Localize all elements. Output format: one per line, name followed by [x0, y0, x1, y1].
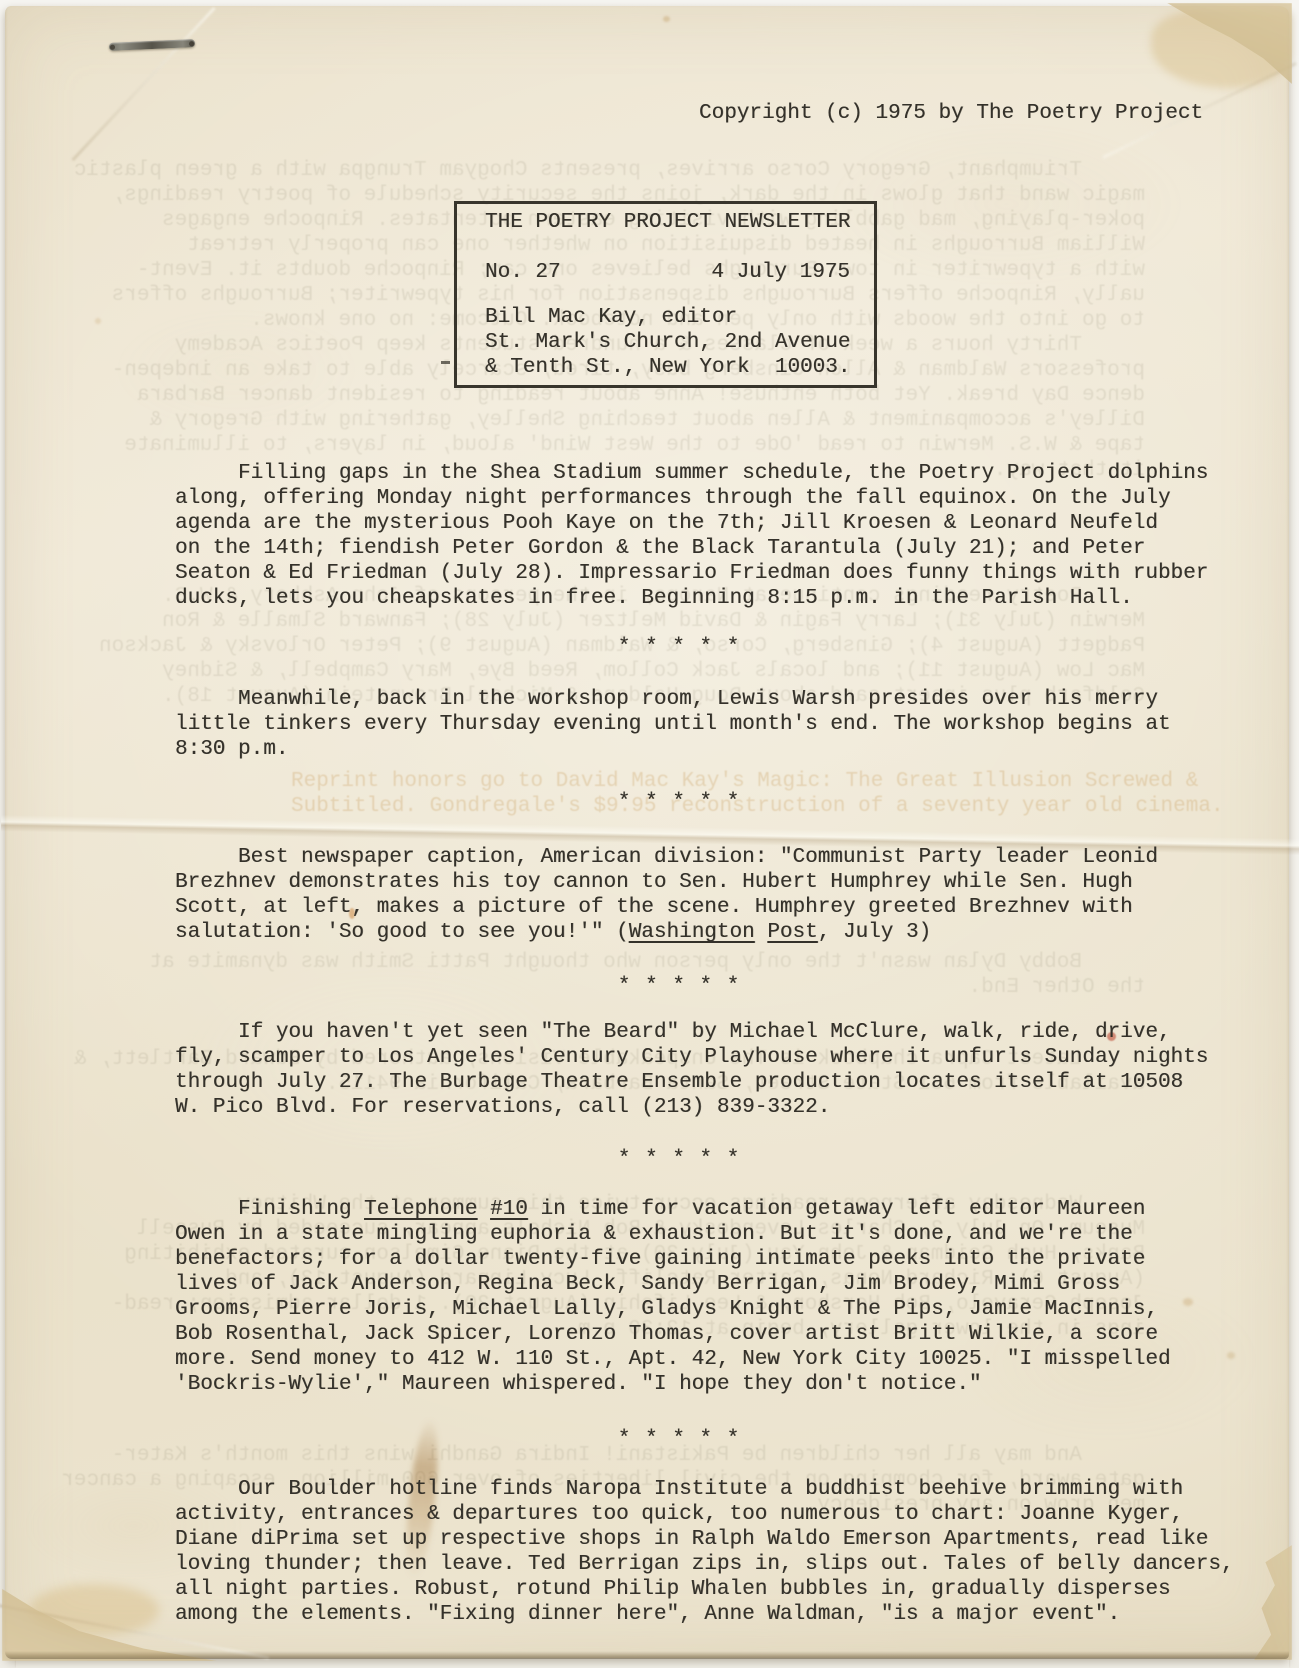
body-paragraph-2: Meanwhile, back in the workshop room, Le…	[175, 687, 1265, 762]
body-paragraph-1: Filling gaps in the Shea Stadium summer …	[175, 461, 1265, 611]
text-line: activity, entrances & departures too qui…	[175, 1502, 1265, 1527]
editor-line: Bill Mac Kay, editor	[485, 305, 874, 330]
text-line: If you haven't yet seen "The Beard" by M…	[175, 1020, 1265, 1045]
text-line: Finishing Telephone #10 in time for vaca…	[175, 1197, 1265, 1222]
newsletter-title: THE POETRY PROJECT NEWSLETTER	[485, 210, 874, 235]
issue-row: No. 27 4 July 1975	[485, 260, 850, 285]
fold-crease	[72, 7, 216, 161]
staple	[109, 39, 195, 51]
section-separator: * * * * *	[175, 974, 1183, 999]
text-line: Diane diPrima set up respective shops in…	[175, 1527, 1265, 1552]
text-line: 8:30 p.m.	[175, 737, 1265, 762]
issue-number: No. 27	[485, 260, 561, 285]
text-line: tape & W.S. Merwin to read 'Ode to the W…	[135, 433, 1145, 458]
text-line: Grooms, Pierre Joris, Michael Lally, Gla…	[175, 1297, 1265, 1322]
text-line: Merwin (July 31); Larry Fagin & David Me…	[135, 609, 1145, 634]
text-line: Bob Rosenthal, Jack Spicer, Lorenzo Thom…	[175, 1322, 1265, 1347]
page-bottom-edge	[5, 1651, 1289, 1659]
text-line: among the elements. "Fixing dinner here"…	[175, 1602, 1265, 1627]
text-line: lives of Jack Anderson, Regina Beck, San…	[175, 1272, 1265, 1297]
text-line: Seaton & Ed Friedman (July 28). Impressa…	[175, 561, 1265, 586]
text-line: W. Pico Blvd. For reservations, call (21…	[175, 1095, 1265, 1120]
text-line: all night parties. Robust, rotund Philip…	[175, 1577, 1265, 1602]
text-line: Bobby Dylan wasn't the only person who t…	[135, 950, 1145, 975]
text-line: Meanwhile, back in the workshop room, Le…	[175, 687, 1265, 712]
text-line: Triumphant, Gregory Corso arrives, prese…	[135, 158, 1145, 183]
body-paragraph-5: Finishing Telephone #10 in time for vaca…	[175, 1197, 1265, 1397]
text-line: Our Boulder hotline finds Naropa Institu…	[175, 1477, 1265, 1502]
section-separator: * * * * *	[175, 790, 1183, 815]
text-line: more. Send money to 412 W. 110 St., Apt.…	[175, 1347, 1265, 1372]
text-line: Mac Low (August 11); and locals Jack Col…	[135, 659, 1145, 684]
text-line: loving thunder; then leave. Ted Berrigan…	[175, 1552, 1265, 1577]
section-separator: * * * * *	[175, 1147, 1183, 1172]
newsletter-page: Triumphant, Gregory Corso arrives, prese…	[5, 6, 1289, 1658]
body-paragraph-3: Best newspaper caption, American divisio…	[175, 845, 1265, 945]
text-line: little tinkers every Thursday evening un…	[175, 712, 1265, 737]
text-line: fly, scamper to Los Angeles' Century Cit…	[175, 1045, 1265, 1070]
section-separator: * * * * *	[175, 635, 1183, 660]
text-line: Filling gaps in the Shea Stadium summer …	[175, 461, 1265, 486]
text-line: Best newspaper caption, American divisio…	[175, 845, 1265, 870]
foxing-spot	[95, 318, 101, 324]
masthead-box: THE POETRY PROJECT NEWSLETTER No. 27 4 J…	[454, 201, 877, 388]
text-line: along, offering Monday night performance…	[175, 486, 1265, 511]
foxing-spot	[663, 16, 670, 22]
address-line-1: St. Mark's Church, 2nd Avenue	[485, 330, 874, 355]
text-line: through July 27. The Burbage Theatre Ens…	[175, 1070, 1265, 1095]
text-line: Scott, at left, makes a picture of the s…	[175, 895, 1265, 920]
issue-date: 4 July 1975	[711, 260, 850, 285]
scanned-newsletter-screenshot: { "document": { "copyright": "Copyright …	[0, 0, 1299, 1668]
text-line: Owen in a state mingling euphoria & exha…	[175, 1222, 1265, 1247]
text-line: 'Bockris-Wylie'," Maureen whispered. "I …	[175, 1372, 1265, 1397]
text-line: Brezhnev demonstrates his toy cannon to …	[175, 870, 1265, 895]
section-separator: * * * * *	[175, 1427, 1183, 1452]
body-paragraph-6: Our Boulder hotline finds Naropa Institu…	[175, 1477, 1265, 1627]
text-line: benefactors; for a dollar twenty-five ga…	[175, 1247, 1265, 1272]
text-line: on the 14th; fiendish Peter Gordon & the…	[175, 536, 1265, 561]
body-paragraph-4: If you haven't yet seen "The Beard" by M…	[175, 1020, 1265, 1120]
stray-typewriter-mark	[441, 361, 450, 364]
text-line: salutation: 'So good to see you!'" (Wash…	[175, 920, 1265, 945]
copyright-line: Copyright (c) 1975 by The Poetry Project	[699, 101, 1203, 126]
address-line-2: & Tenth St., New York 10003.	[485, 355, 874, 380]
text-line: Dilley's accompaniment & Allen about tea…	[135, 408, 1145, 433]
text-line: ducks, lets you cheapskates in free. Beg…	[175, 586, 1265, 611]
text-line: agenda are the mysterious Pooh Kaye on t…	[175, 511, 1265, 536]
